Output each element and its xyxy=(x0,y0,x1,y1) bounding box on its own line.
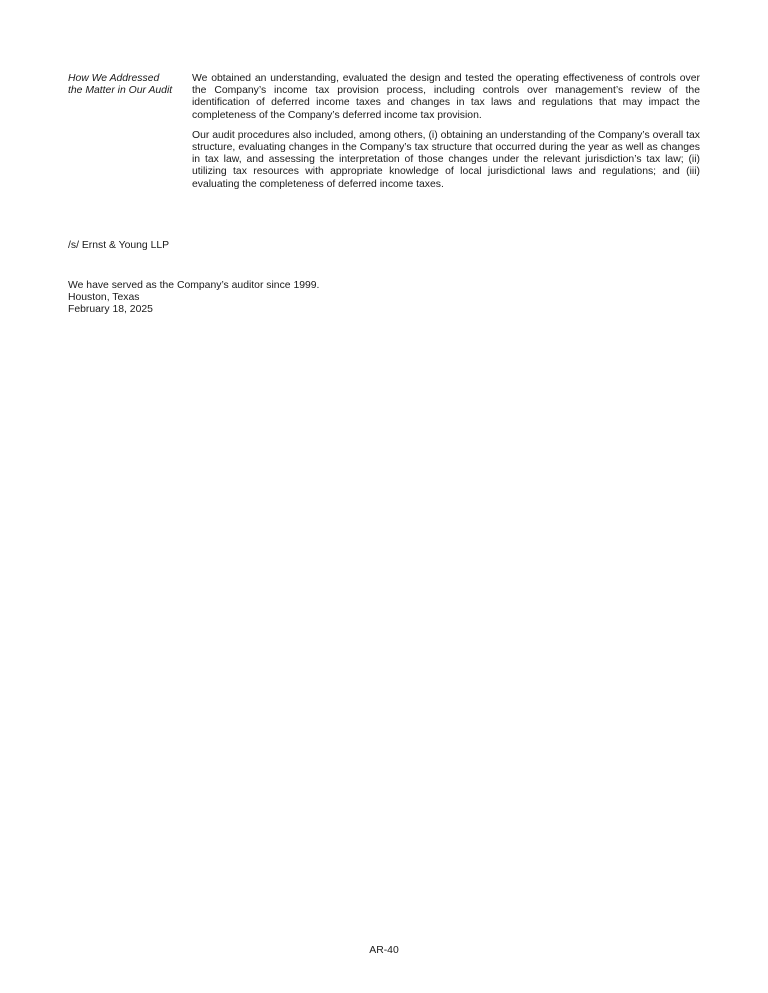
paragraph-procedures: Our audit procedures also included, amon… xyxy=(192,130,700,191)
location: Houston, Texas xyxy=(68,292,319,304)
auditor-signature: /s/ Ernst & Young LLP xyxy=(68,240,169,252)
section-label-line-1: How We Addressed xyxy=(68,73,192,85)
paragraph-controls: We obtained an understanding, evaluated … xyxy=(192,73,700,122)
auditor-tenure: We have served as the Company’s auditor … xyxy=(68,280,319,292)
page-number: AR-40 xyxy=(0,945,768,957)
critical-audit-matter-section: How We Addressed the Matter in Our Audit… xyxy=(68,73,700,199)
section-label-line-2: the Matter in Our Audit xyxy=(68,85,192,97)
closing-block: We have served as the Company’s auditor … xyxy=(68,280,319,317)
section-body: We obtained an understanding, evaluated … xyxy=(192,73,700,199)
report-date: February 18, 2025 xyxy=(68,304,319,316)
section-label: How We Addressed the Matter in Our Audit xyxy=(68,73,192,199)
